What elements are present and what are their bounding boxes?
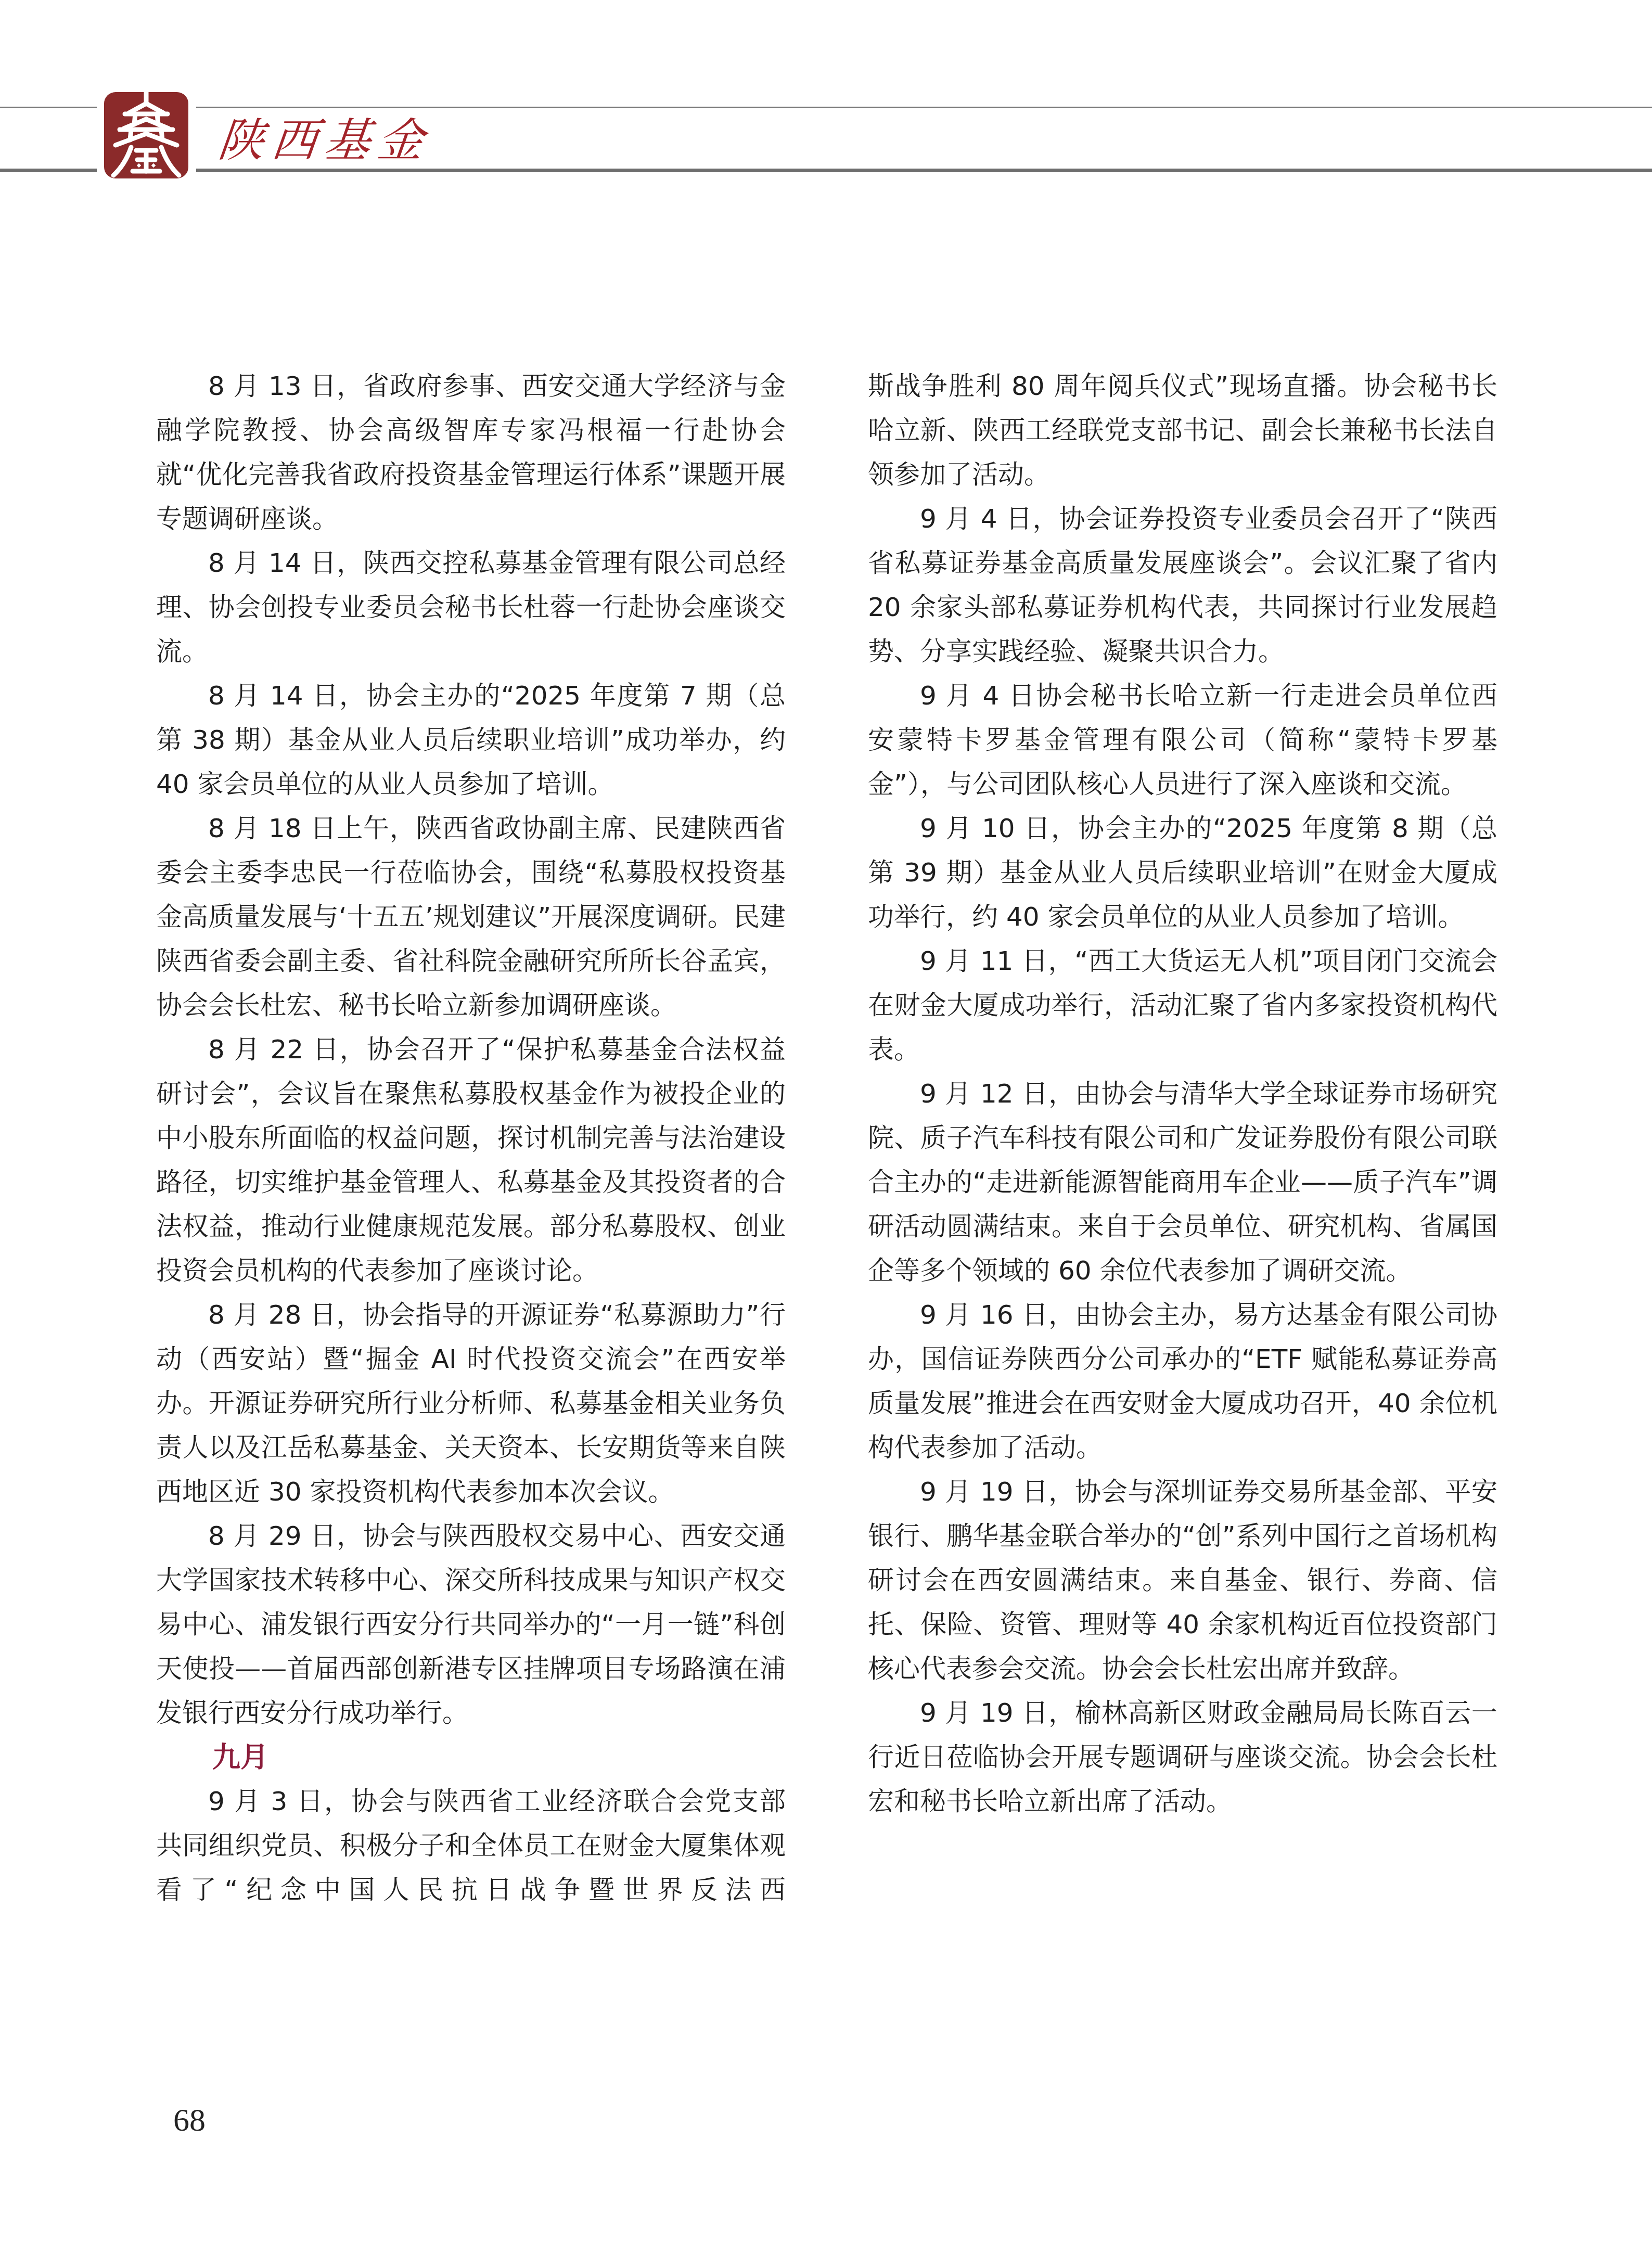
news-paragraph: 9 月 4 日协会秘书长哈立新一行走进会员单位西安蒙特卡罗基金管理有限公司（简称… [868, 674, 1497, 806]
news-paragraph: 9 月 4 日，协会证券投资专业委员会召开了“陕西省私募证券基金高质量发展座谈会… [868, 497, 1497, 674]
header-rule-top-right [196, 107, 1652, 108]
news-paragraph: 9 月 16 日，由协会主办，易方达基金有限公司协办，国信证券陕西分公司承办的“… [868, 1293, 1497, 1470]
news-paragraph: 8 月 18 日上午，陕西省政协副主席、民建陕西省委会主委李忠民一行莅临协会，围… [156, 806, 786, 1028]
news-paragraph: 8 月 13 日，省政府参事、西安交通大学经济与金融学院教授、协会高级智库专家冯… [156, 364, 786, 541]
section-heading-september: 九月 [156, 1735, 786, 1779]
news-paragraph: 9 月 3 日，协会与陕西省工业经济联合会党支部共同组织党员、积极分子和全体员工… [156, 1779, 786, 1912]
news-paragraph: 9 月 11 日，“西工大货运无人机”项目闭门交流会在财金大厦成功举行，活动汇聚… [868, 939, 1497, 1072]
article-column-left: 8 月 13 日，省政府参事、西安交通大学经济与金融学院教授、协会高级智库专家冯… [156, 364, 786, 1912]
article-column-right: 斯战争胜利 80 周年阅兵仪式”现场直播。协会秘书长哈立新、陕西工经联党支部书记… [868, 364, 1497, 1824]
header-rule-bottom-right [196, 169, 1652, 172]
news-paragraph: 9 月 19 日，榆林高新区财政金融局局长陈百云一行近日莅临协会开展专题调研与座… [868, 1691, 1497, 1824]
news-paragraph: 9 月 10 日，协会主办的“2025 年度第 8 期（总第 39 期）基金从业… [868, 806, 1497, 939]
news-paragraph-continuation: 斯战争胜利 80 周年阅兵仪式”现场直播。协会秘书长哈立新、陕西工经联党支部书记… [868, 364, 1497, 497]
header-rule-top-left [0, 107, 97, 108]
news-paragraph: 9 月 19 日，协会与深圳证券交易所基金部、平安银行、鹏华基金联合举办的“创”… [868, 1470, 1497, 1691]
news-paragraph: 8 月 29 日，协会与陕西股权交易中心、西安交通大学国家技术转移中心、深交所科… [156, 1514, 786, 1735]
header-rule-bottom-left [0, 169, 97, 172]
news-paragraph: 9 月 12 日，由协会与清华大学全球证券市场研究院、质子汽车科技有限公司和广发… [868, 1072, 1497, 1293]
page-number: 68 [173, 2102, 206, 2139]
news-paragraph: 8 月 14 日，协会主办的“2025 年度第 7 期（总第 38 期）基金从业… [156, 674, 786, 806]
news-paragraph: 8 月 14 日，陕西交控私募基金管理有限公司总经理、协会创投专业委员会秘书长杜… [156, 541, 786, 674]
pagoda-gold-seal-icon [104, 92, 188, 178]
news-paragraph: 8 月 28 日，协会指导的开源证券“私募源助力”行动（西安站）暨“掘金 AI … [156, 1293, 786, 1514]
brand-title: 陕西基金 [215, 112, 434, 169]
news-paragraph: 8 月 22 日，协会召开了“保护私募基金合法权益研讨会”，会议旨在聚焦私募股权… [156, 1028, 786, 1293]
